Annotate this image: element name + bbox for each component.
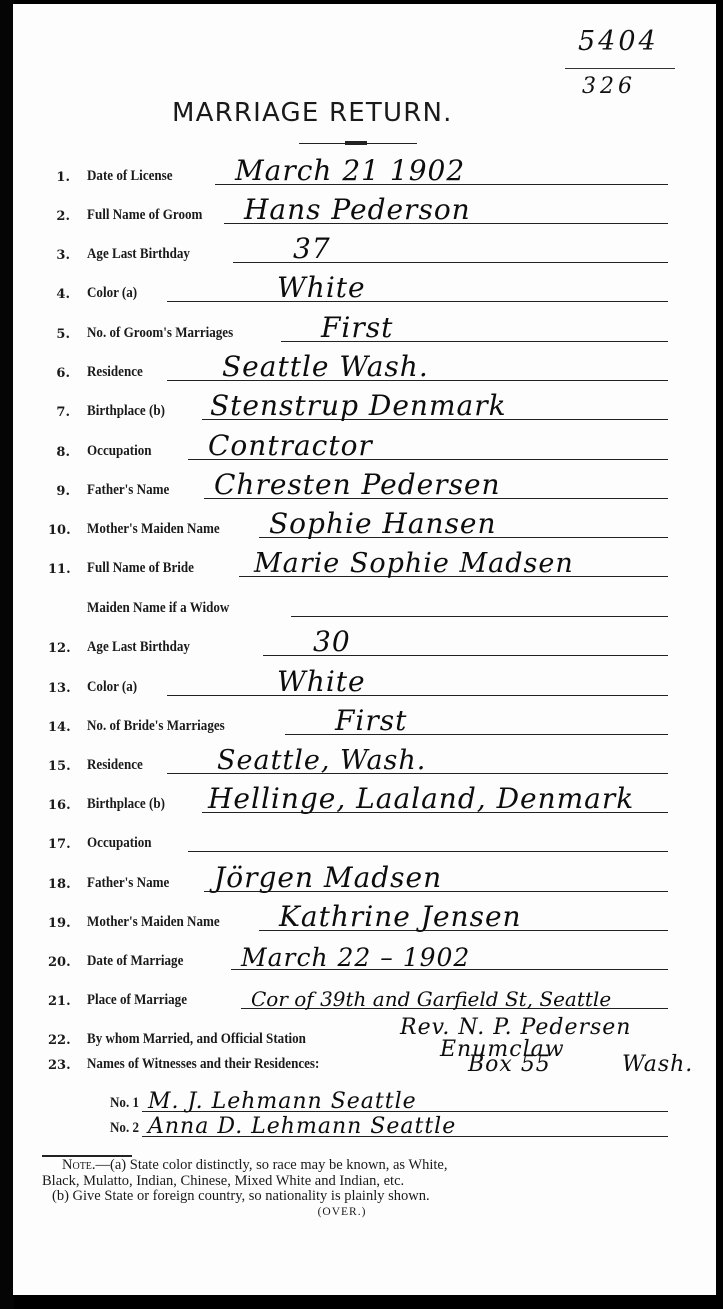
field-number: 17.: [48, 837, 70, 852]
field-value: Marie Sophie Madsen: [254, 548, 574, 579]
form-field-row: 8.OccupationContractor: [0, 428, 723, 468]
file-number: 5404: [578, 26, 659, 57]
field-number: 1.: [48, 170, 70, 185]
field-value: Cor of 39th and Garfield St, Seattle: [251, 987, 611, 1011]
form-field-row: 14.No. of Bride's MarriagesFirst: [0, 703, 723, 743]
form-field-row: 17.Occupation: [0, 820, 723, 860]
field-label: Father's Name: [87, 482, 169, 499]
field-number: 7.: [48, 405, 70, 420]
field-value: First: [335, 704, 407, 737]
form-field-row: 5.No. of Groom's MarriagesFirst: [0, 310, 723, 350]
field-number: 3.: [48, 248, 70, 263]
field-label: Occupation: [87, 835, 152, 852]
footnote: Note.—(a) State color distinctly, so rac…: [42, 1158, 682, 1220]
form-field-row: 16.Birthplace (b)Hellinge, Laaland, Denm…: [0, 781, 723, 821]
form-field-row: 21.Place of MarriageCor of 39th and Garf…: [0, 977, 723, 1017]
field-value-secondary: Wash.: [622, 1052, 693, 1077]
field-number: 5.: [48, 327, 70, 342]
over-marker: (OVER.): [42, 1205, 682, 1221]
field-number: 20.: [48, 955, 70, 970]
field-label: Birthplace (b): [87, 403, 165, 420]
note-line-3: (b) Give State or foreign country, so na…: [42, 1189, 682, 1205]
field-value: White: [277, 665, 366, 698]
field-label: No. of Bride's Marriages: [87, 718, 225, 735]
field-number: 12.: [48, 641, 70, 656]
field-value: Box 55: [468, 1052, 551, 1077]
field-label: Date of License: [87, 168, 173, 185]
form-field-row: 3.Age Last Birthday37: [0, 231, 723, 271]
form-field-row: 2.Full Name of GroomHans Pederson: [0, 192, 723, 232]
form-field-row: 11.Full Name of BrideMarie Sophie Madsen: [0, 545, 723, 585]
field-underline: [167, 695, 668, 697]
form-field-row: 6.ResidenceSeattle Wash.: [0, 349, 723, 389]
field-label: Color (a): [87, 285, 137, 302]
field-value: Seattle, Wash.: [217, 745, 426, 776]
field-underline: [291, 616, 668, 618]
field-label: Mother's Maiden Name: [87, 521, 220, 538]
field-value: Chresten Pedersen: [214, 468, 501, 501]
field-number: 14.: [48, 720, 70, 735]
field-value: March 22 – 1902: [241, 943, 470, 972]
field-number: 4.: [48, 287, 70, 302]
field-label: Color (a): [87, 679, 137, 696]
field-number: 23.: [48, 1058, 70, 1073]
form-field-row: 13.Color (a)White: [0, 664, 723, 704]
document-title: MARRIAGE RETURN.: [172, 98, 453, 128]
field-number: 18.: [48, 877, 70, 892]
field-value: Contractor: [208, 429, 373, 462]
form-field-row: Maiden Name if a Widow: [0, 585, 723, 625]
file-number-divider: [565, 68, 675, 69]
field-number: 15.: [48, 759, 70, 774]
field-value: Stenstrup Denmark: [210, 389, 507, 422]
form-field-row: 18.Father's NameJörgen Madsen: [0, 860, 723, 900]
witness-label: No. 2: [110, 1120, 139, 1137]
field-label: Birthplace (b): [87, 796, 165, 813]
form-field-row: 12.Age Last Birthday30: [0, 624, 723, 664]
field-label: Occupation: [87, 443, 152, 460]
field-underline: [188, 851, 668, 853]
field-value: Seattle Wash.: [222, 350, 429, 383]
file-sub-number: 326: [582, 74, 636, 99]
field-number: 9.: [48, 484, 70, 499]
field-value: Hellinge, Laaland, Denmark: [208, 782, 634, 815]
field-value: First: [321, 311, 393, 344]
title-ornament: [299, 143, 417, 144]
field-number: 21.: [48, 994, 70, 1009]
field-label: Residence: [87, 757, 143, 774]
field-value: Kathrine Jensen: [279, 900, 522, 933]
field-label: Maiden Name if a Widow: [87, 600, 229, 617]
form-field-row: 23.Names of Witnesses and their Residenc…: [0, 1041, 723, 1081]
field-label: Residence: [87, 364, 143, 381]
field-value: 30: [313, 625, 351, 658]
field-value: White: [277, 271, 366, 304]
form-field-row: 7.Birthplace (b)Stenstrup Denmark: [0, 388, 723, 428]
form-field-row: 19.Mother's Maiden NameKathrine Jensen: [0, 899, 723, 939]
form-field-row: 1.Date of LicenseMarch 21 1902: [0, 153, 723, 193]
field-label: Age Last Birthday: [87, 639, 190, 656]
field-label: Place of Marriage: [87, 992, 187, 1009]
field-label: Age Last Birthday: [87, 246, 190, 263]
field-label: Date of Marriage: [87, 953, 183, 970]
field-value: March 21 1902: [235, 154, 465, 187]
field-number: 19.: [48, 916, 70, 931]
field-value: Hans Pederson: [244, 193, 471, 226]
note-line-1: Note.—(a) State color distinctly, so rac…: [42, 1158, 682, 1174]
field-number: 8.: [48, 445, 70, 460]
field-number: 2.: [48, 209, 70, 224]
field-label: Full Name of Bride: [87, 560, 194, 577]
witness-value: Anna D. Lehmann Seattle: [148, 1114, 456, 1139]
field-number: 11.: [48, 562, 70, 577]
field-number: 6.: [48, 366, 70, 381]
form-field-row: 9.Father's NameChresten Pedersen: [0, 467, 723, 507]
field-label: No. of Groom's Marriages: [87, 325, 233, 342]
field-underline: [167, 301, 668, 303]
field-value: Sophie Hansen: [269, 507, 497, 540]
form-field-row: 4.Color (a)White: [0, 270, 723, 310]
field-label: Father's Name: [87, 875, 169, 892]
witness-row: No. 2Anna D. Lehmann Seattle: [0, 1105, 723, 1145]
form-field-row: 15.ResidenceSeattle, Wash.: [0, 742, 723, 782]
field-number: 16.: [48, 798, 70, 813]
field-number: 10.: [48, 523, 70, 538]
field-value: Jörgen Madsen: [214, 861, 442, 894]
field-label: Mother's Maiden Name: [87, 914, 220, 931]
form-field-row: 10.Mother's Maiden NameSophie Hansen: [0, 506, 723, 546]
form-field-row: 20.Date of MarriageMarch 22 – 1902: [0, 938, 723, 978]
note-line-2: Black, Mulatto, Indian, Chinese, Mixed W…: [42, 1174, 682, 1190]
field-label: Names of Witnesses and their Residences:: [87, 1056, 319, 1073]
field-value: 37: [293, 232, 331, 265]
field-number: 13.: [48, 681, 70, 696]
field-label: Full Name of Groom: [87, 207, 202, 224]
